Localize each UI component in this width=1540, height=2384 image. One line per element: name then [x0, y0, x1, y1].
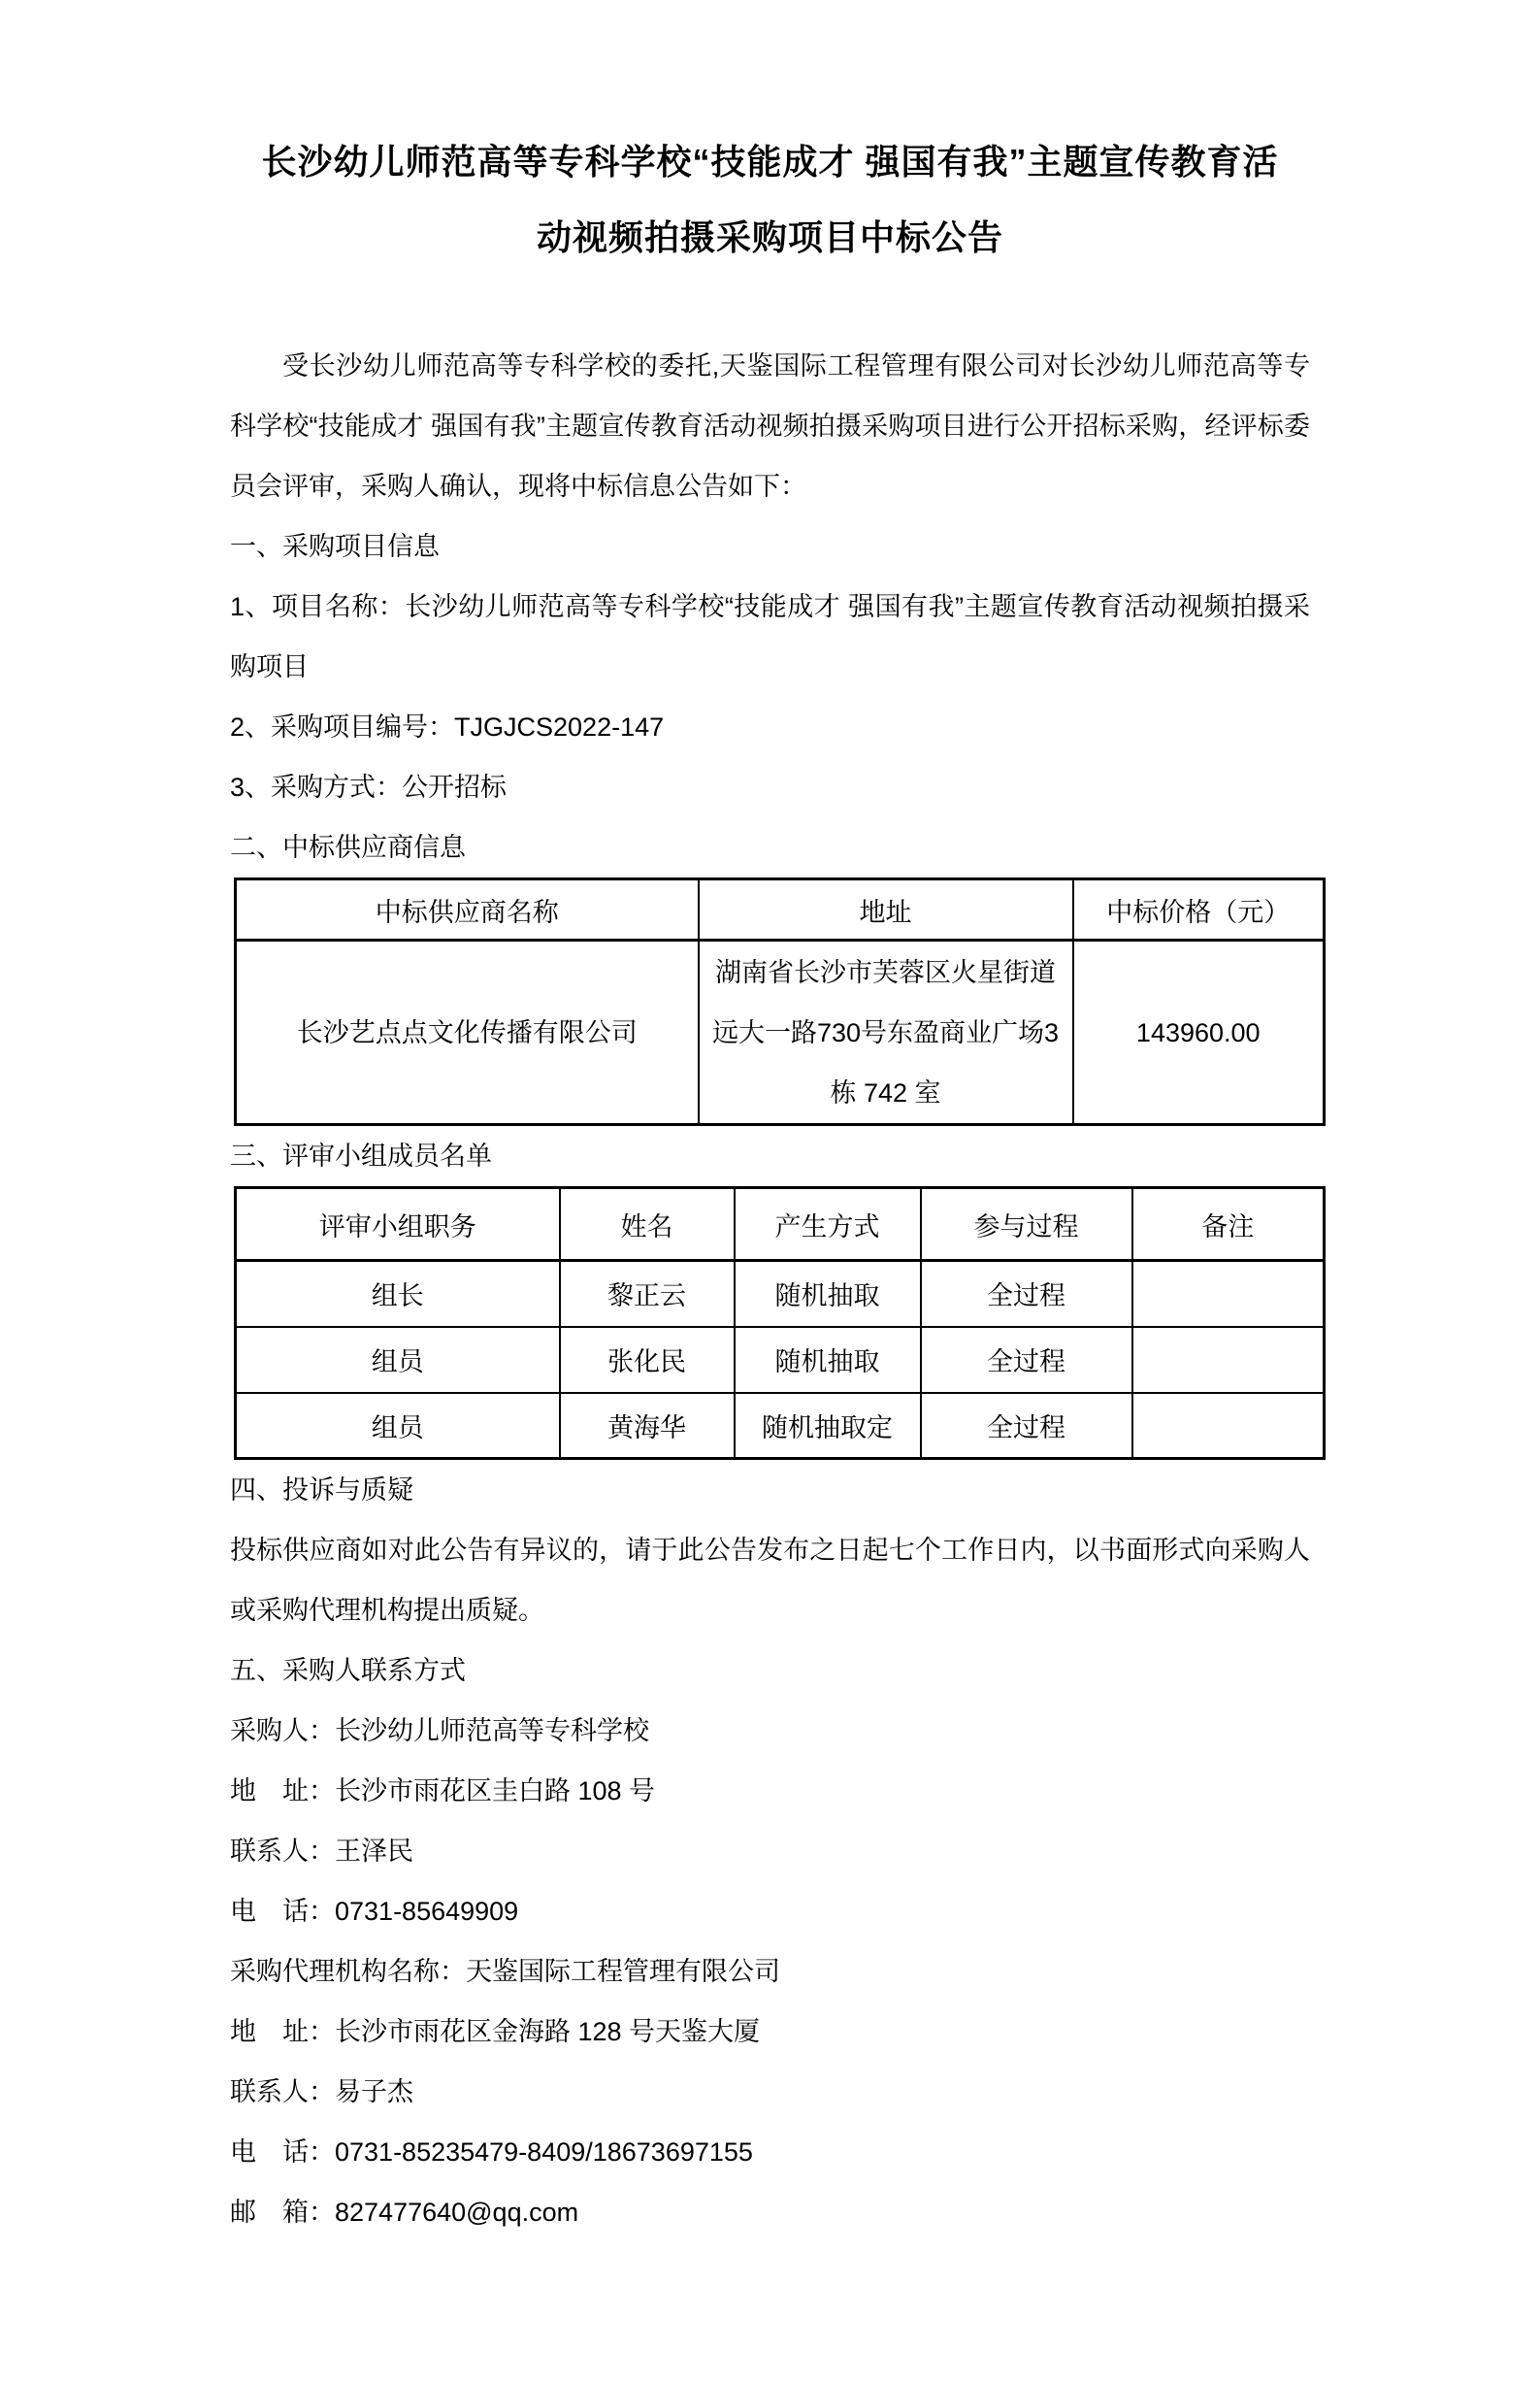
panel-remark-cell	[1132, 1261, 1325, 1327]
purchaser-contact-line: 联系人：王泽民	[230, 1821, 1310, 1881]
document-title-line1: 长沙幼儿师范高等专科学校“技能成才 强国有我”主题宣传教育活	[230, 124, 1310, 200]
panel-name-cell: 黎正云	[560, 1261, 735, 1327]
panel-method-cell: 随机抽取定	[735, 1393, 921, 1459]
panel-name-header: 姓名	[560, 1188, 735, 1261]
panel-name-cell: 张化民	[560, 1327, 735, 1393]
agency-email-line: 邮 箱：827477640@qq.com	[230, 2182, 1310, 2242]
panel-process-cell: 全过程	[921, 1327, 1132, 1393]
panel-table-row-2: 组员 张化民 随机抽取 全过程	[236, 1327, 1325, 1393]
project-name-item: 1、项目名称：长沙幼儿师范高等专科学校“技能成才 强国有我”主题宣传教育活动视频…	[230, 577, 1310, 697]
supplier-price-header: 中标价格（元）	[1073, 879, 1325, 941]
panel-table-row-1: 组长 黎正云 随机抽取 全过程	[236, 1261, 1325, 1327]
panel-remark-header: 备注	[1132, 1188, 1325, 1261]
panel-name-cell: 黄海华	[560, 1393, 735, 1459]
procurement-method-item: 3、采购方式：公开招标	[230, 757, 1310, 817]
section3-heading: 三、评审小组成员名单	[230, 1126, 1310, 1186]
panel-method-cell: 随机抽取	[735, 1327, 921, 1393]
panel-role-cell: 组长	[236, 1261, 560, 1327]
supplier-table-header-row: 中标供应商名称 地址 中标价格（元）	[236, 879, 1325, 941]
section5-heading: 五、采购人联系方式	[230, 1640, 1310, 1701]
purchaser-line: 采购人：长沙幼儿师范高等专科学校	[230, 1701, 1310, 1761]
supplier-name-cell: 长沙艺点点文化传播有限公司	[236, 941, 699, 1125]
document-title-line2: 动视频拍摄采购项目中标公告	[230, 200, 1310, 276]
purchaser-phone-line: 电 话：0731-85649909	[230, 1881, 1310, 1941]
intro-paragraph: 受长沙幼儿师范高等专科学校的委托,天鉴国际工程管理有限公司对长沙幼儿师范高等专科…	[230, 336, 1310, 516]
panel-method-cell: 随机抽取	[735, 1261, 921, 1327]
document-page: 长沙幼儿师范高等专科学校“技能成才 强国有我”主题宣传教育活 动视频拍摄采购项目…	[0, 0, 1540, 2384]
complaint-paragraph: 投标供应商如对此公告有异议的，请于此公告发布之日起七个工作日内，以书面形式向采购…	[230, 1520, 1310, 1640]
panel-role-cell: 组员	[236, 1327, 560, 1393]
panel-process-cell: 全过程	[921, 1393, 1132, 1459]
panel-role-cell: 组员	[236, 1393, 560, 1459]
panel-table-row-3: 组员 黄海华 随机抽取定 全过程	[236, 1393, 1325, 1459]
section2-heading: 二、中标供应商信息	[230, 817, 1310, 877]
supplier-table-data-row: 长沙艺点点文化传播有限公司 湖南省长沙市芙蓉区火星街道远大一路730号东盈商业广…	[236, 941, 1325, 1125]
panel-process-cell: 全过程	[921, 1261, 1132, 1327]
section1-heading: 一、采购项目信息	[230, 516, 1310, 577]
supplier-table: 中标供应商名称 地址 中标价格（元） 长沙艺点点文化传播有限公司 湖南省长沙市芙…	[234, 877, 1326, 1126]
panel-remark-cell	[1132, 1393, 1325, 1459]
panel-role-header: 评审小组职务	[236, 1188, 560, 1261]
project-number-item: 2、采购项目编号：TJGJCS2022-147	[230, 697, 1310, 757]
agency-phone-line: 电 话：0731-85235479-8409/18673697155	[230, 2122, 1310, 2182]
document-content: 长沙幼儿师范高等专科学校“技能成才 强国有我”主题宣传教育活 动视频拍摄采购项目…	[0, 0, 1540, 2242]
panel-remark-cell	[1132, 1327, 1325, 1393]
section4-heading: 四、投诉与质疑	[230, 1460, 1310, 1520]
supplier-name-header: 中标供应商名称	[236, 879, 699, 941]
agency-address-line: 地 址：长沙市雨花区金海路 128 号天鉴大厦	[230, 2002, 1310, 2062]
agency-contact-line: 联系人：易子杰	[230, 2062, 1310, 2122]
document-title: 长沙幼儿师范高等专科学校“技能成才 强国有我”主题宣传教育活 动视频拍摄采购项目…	[230, 124, 1310, 276]
review-panel-table: 评审小组职务 姓名 产生方式 参与过程 备注 组长 黎正云 随机抽取 全过程 组…	[234, 1186, 1326, 1460]
purchaser-address-line: 地 址：长沙市雨花区圭白路 108 号	[230, 1761, 1310, 1821]
supplier-price-cell: 143960.00	[1073, 941, 1325, 1125]
panel-method-header: 产生方式	[735, 1188, 921, 1261]
supplier-address-cell: 湖南省长沙市芙蓉区火星街道远大一路730号东盈商业广场3栋 742 室	[699, 941, 1073, 1125]
panel-table-header-row: 评审小组职务 姓名 产生方式 参与过程 备注	[236, 1188, 1325, 1261]
panel-process-header: 参与过程	[921, 1188, 1132, 1261]
supplier-address-header: 地址	[699, 879, 1073, 941]
agency-line: 采购代理机构名称：天鉴国际工程管理有限公司	[230, 1941, 1310, 2002]
